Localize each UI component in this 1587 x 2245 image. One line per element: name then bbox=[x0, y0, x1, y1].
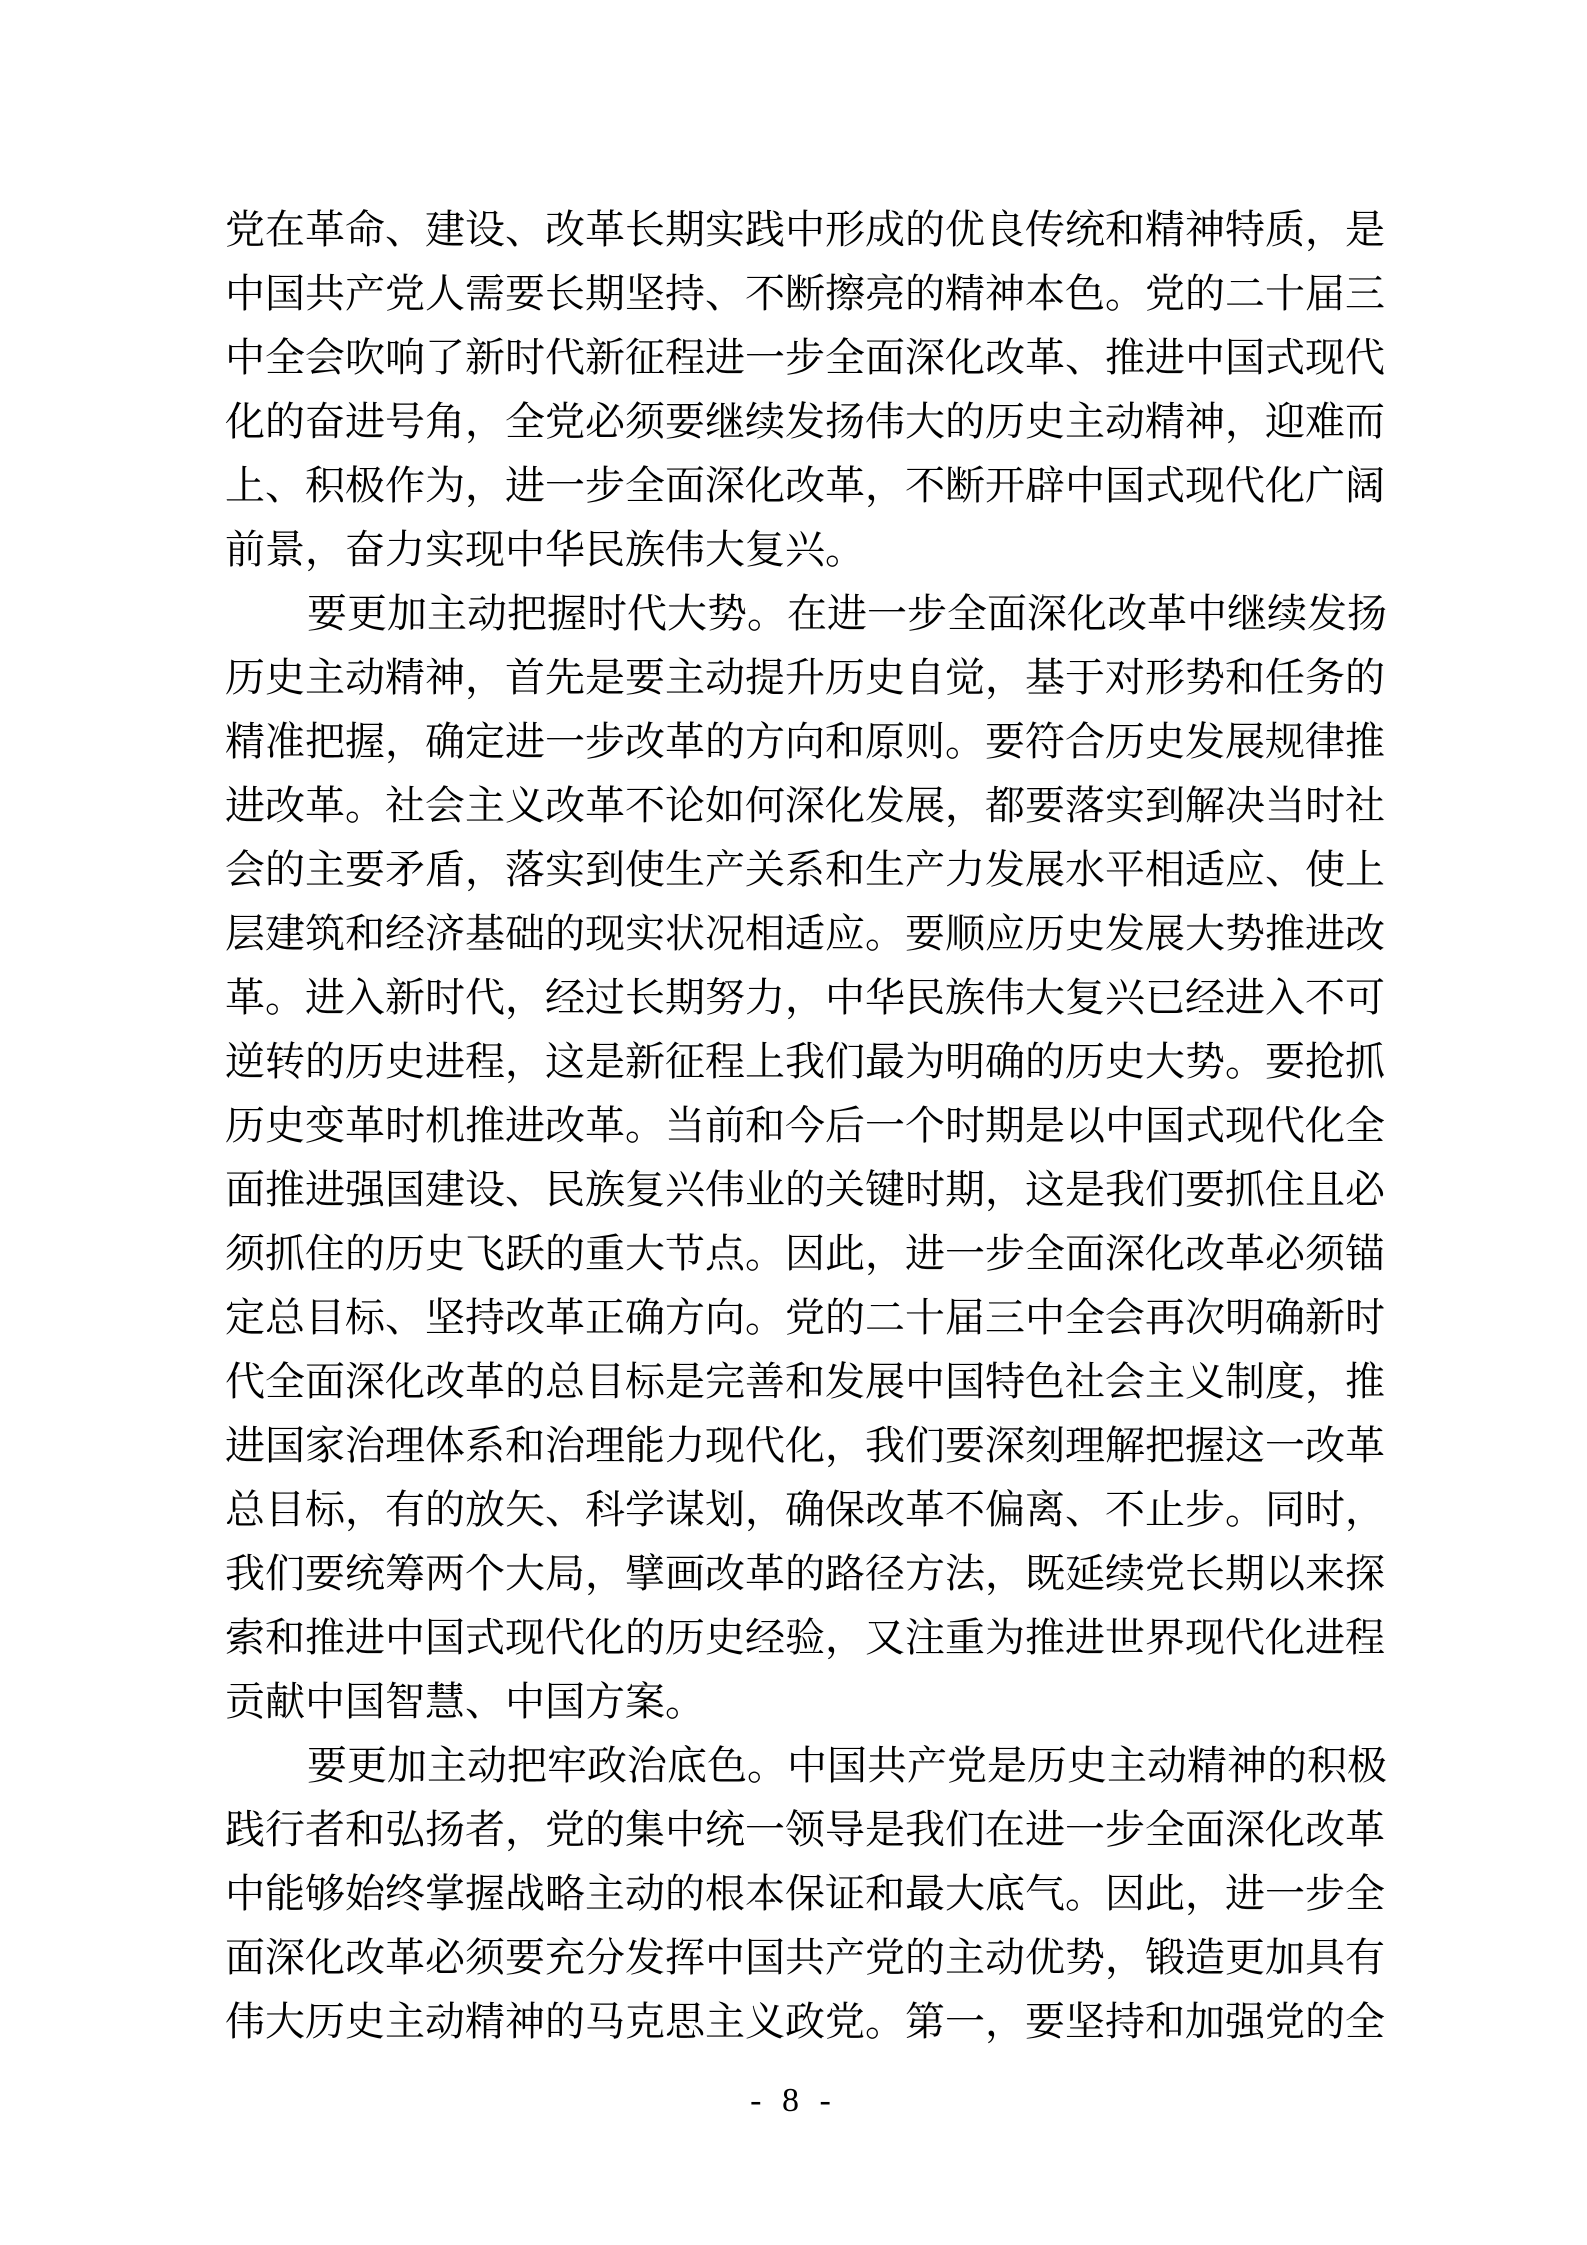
text-line: 会的主要矛盾，落实到使生产关系和生产力发展水平相适应、使上 bbox=[225, 838, 1385, 902]
page-number: - 8 - bbox=[0, 2076, 1587, 2126]
text-line: 总目标，有的放矢、科学谋划，确保改革不偏离、不止步。同时， bbox=[225, 1478, 1385, 1542]
text-line: 要更加主动把握时代大势。在进一步全面深化改革中继续发扬 bbox=[225, 582, 1385, 646]
text-line: 面推进强国建设、民族复兴伟业的关键时期，这是我们要抓住且必 bbox=[225, 1158, 1385, 1222]
text-line: 历史主动精神，首先是要主动提升历史自觉，基于对形势和任务的 bbox=[225, 646, 1385, 710]
text-line: 上、积极作为，进一步全面深化改革，不断开辟中国式现代化广阔 bbox=[225, 454, 1385, 518]
text-line: 索和推进中国式现代化的历史经验，又注重为推进世界现代化进程 bbox=[225, 1606, 1385, 1670]
text-line: 中国共产党人需要长期坚持、不断擦亮的精神本色。党的二十届三 bbox=[225, 262, 1385, 326]
document-page: 党在革命、建设、改革长期实践中形成的优良传统和精神特质，是中国共产党人需要长期坚… bbox=[0, 0, 1587, 2245]
text-line: 须抓住的历史飞跃的重大节点。因此，进一步全面深化改革必须锚 bbox=[225, 1222, 1385, 1286]
text-line: 化的奋进号角，全党必须要继续发扬伟大的历史主动精神，迎难而 bbox=[225, 390, 1385, 454]
text-line: 伟大历史主动精神的马克思主义政党。第一，要坚持和加强党的全 bbox=[225, 1990, 1385, 2054]
text-line: 代全面深化改革的总目标是完善和发展中国特色社会主义制度，推 bbox=[225, 1350, 1385, 1414]
text-line: 进国家治理体系和治理能力现代化，我们要深刻理解把握这一改革 bbox=[225, 1414, 1385, 1478]
text-line: 逆转的历史进程，这是新征程上我们最为明确的历史大势。要抢抓 bbox=[225, 1030, 1385, 1094]
text-line: 要更加主动把牢政治底色。中国共产党是历史主动精神的积极 bbox=[225, 1734, 1385, 1798]
text-line: 进改革。社会主义改革不论如何深化发展，都要落实到解决当时社 bbox=[225, 774, 1385, 838]
text-line: 定总目标、坚持改革正确方向。党的二十届三中全会再次明确新时 bbox=[225, 1286, 1385, 1350]
text-line: 前景，奋力实现中华民族伟大复兴。 bbox=[225, 518, 1385, 582]
text-line: 党在革命、建设、改革长期实践中形成的优良传统和精神特质，是 bbox=[225, 198, 1385, 262]
text-line: 我们要统筹两个大局，擘画改革的路径方法，既延续党长期以来探 bbox=[225, 1542, 1385, 1606]
text-line: 面深化改革必须要充分发挥中国共产党的主动优势，锻造更加具有 bbox=[225, 1926, 1385, 1990]
text-line: 中能够始终掌握战略主动的根本保证和最大底气。因此，进一步全 bbox=[225, 1862, 1385, 1926]
text-line: 历史变革时机推进改革。当前和今后一个时期是以中国式现代化全 bbox=[225, 1094, 1385, 1158]
text-line: 贡献中国智慧、中国方案。 bbox=[225, 1670, 1385, 1734]
body-text: 党在革命、建设、改革长期实践中形成的优良传统和精神特质，是中国共产党人需要长期坚… bbox=[225, 198, 1385, 2054]
text-line: 践行者和弘扬者，党的集中统一领导是我们在进一步全面深化改革 bbox=[225, 1798, 1385, 1862]
text-line: 中全会吹响了新时代新征程进一步全面深化改革、推进中国式现代 bbox=[225, 326, 1385, 390]
text-line: 层建筑和经济基础的现实状况相适应。要顺应历史发展大势推进改 bbox=[225, 902, 1385, 966]
text-line: 精准把握，确定进一步改革的方向和原则。要符合历史发展规律推 bbox=[225, 710, 1385, 774]
text-line: 革。进入新时代，经过长期努力，中华民族伟大复兴已经进入不可 bbox=[225, 966, 1385, 1030]
